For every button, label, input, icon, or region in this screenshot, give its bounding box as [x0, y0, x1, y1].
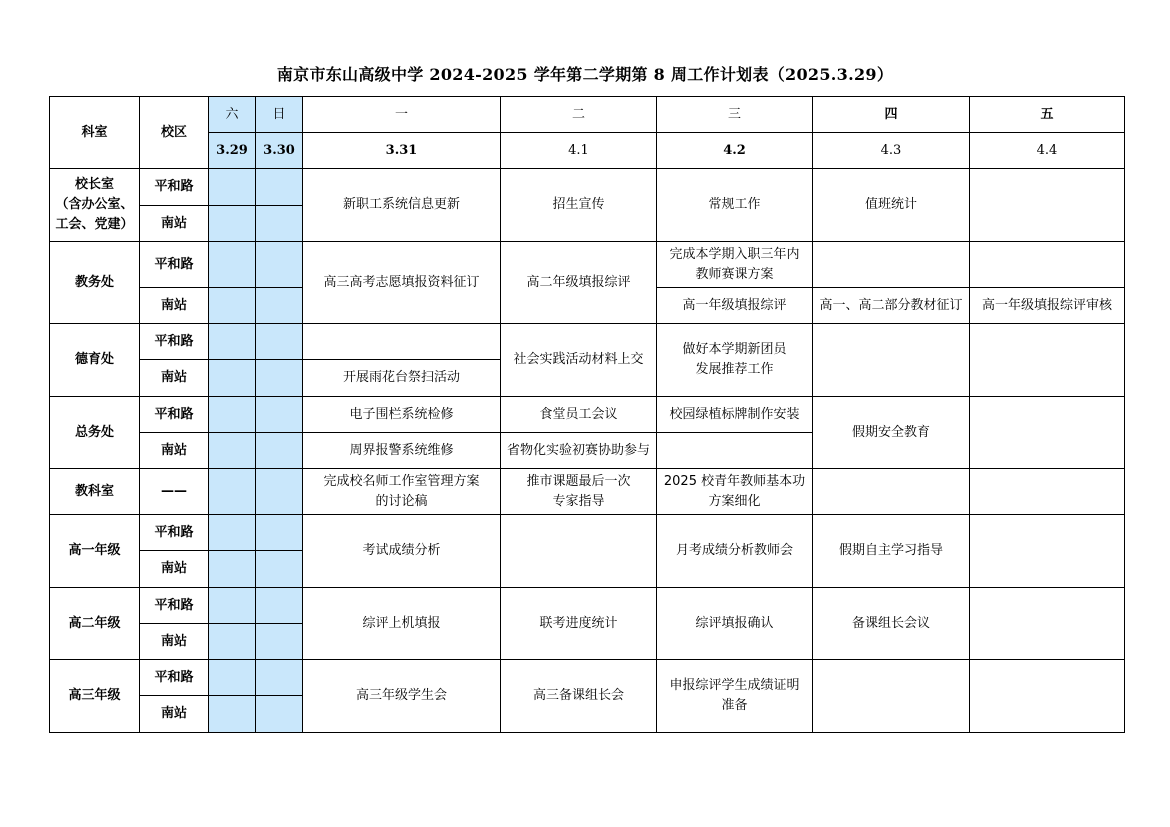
- principal-row-a: 校长室 （含办公室、 工会、党建） 平和路 新职工系统信息更新 招生宣传 常规工…: [50, 169, 1125, 206]
- academic-mon: 高三高考志愿填报资料征订: [303, 242, 501, 324]
- day-header-tue: 二: [501, 97, 657, 133]
- moral-tue: 社会实践活动材料上交: [501, 324, 657, 397]
- weekend-cell: [209, 288, 256, 324]
- moral-wed-line1: 做好本学期新团员: [659, 340, 810, 360]
- research-fri: [970, 469, 1125, 515]
- dept-grade2: 高二年级: [50, 588, 140, 660]
- research-tue-line1: 推市课题最后一次: [503, 472, 654, 492]
- general-tue-b: 省物化实验初赛协助参与: [501, 433, 657, 469]
- campus-pingheli: 平和路: [140, 660, 209, 696]
- weekend-cell: [256, 660, 303, 696]
- moral-thu: [813, 324, 970, 397]
- principal-mon: 新职工系统信息更新: [303, 169, 501, 242]
- dept-principal-line1: 校长室: [52, 175, 137, 195]
- grade1-thu: 假期自主学习指导: [813, 515, 970, 588]
- general-tue-a: 食堂员工会议: [501, 397, 657, 433]
- moral-wed: 做好本学期新团员 发展推荐工作: [657, 324, 813, 397]
- grade2-mon: 综评上机填报: [303, 588, 501, 660]
- moral-mon-b: 开展雨花台祭扫活动: [303, 360, 501, 397]
- weekend-cell: [209, 515, 256, 551]
- weekend-cell: [256, 324, 303, 360]
- weekend-cell: [256, 515, 303, 551]
- weekend-cell: [209, 588, 256, 624]
- dept-grade3: 高三年级: [50, 660, 140, 733]
- date-sat: 3.29: [209, 133, 256, 169]
- weekend-cell: [256, 288, 303, 324]
- weekend-cell: [256, 551, 303, 588]
- dept-principal: 校长室 （含办公室、 工会、党建）: [50, 169, 140, 242]
- academic-wed-a: 完成本学期入职三年内 教师赛课方案: [657, 242, 813, 288]
- research-mon-line1: 完成校名师工作室管理方案: [305, 472, 498, 492]
- weekend-cell: [256, 242, 303, 288]
- campus-nanzhan: 南站: [140, 624, 209, 660]
- dept-grade1: 高一年级: [50, 515, 140, 588]
- weekend-cell: [209, 360, 256, 397]
- date-wed: 4.2: [657, 133, 813, 169]
- date-sun: 3.30: [256, 133, 303, 169]
- grade2-wed: 综评填报确认: [657, 588, 813, 660]
- grade2-thu: 备课组长会议: [813, 588, 970, 660]
- grade2-row-a: 高二年级 平和路 综评上机填报 联考进度统计 综评填报确认 备课组长会议: [50, 588, 1125, 624]
- day-header-sun: 日: [256, 97, 303, 133]
- grade1-fri: [970, 515, 1125, 588]
- weekend-cell: [256, 696, 303, 733]
- moral-row-a: 德育处 平和路 社会实践活动材料上交 做好本学期新团员 发展推荐工作: [50, 324, 1125, 360]
- dept-principal-line2: （含办公室、: [52, 195, 137, 215]
- academic-fri-b: 高一年级填报综评审核: [970, 288, 1125, 324]
- header-row-days: 科室 校区 六 日 一 二 三 四 五: [50, 97, 1125, 133]
- weekend-cell: [209, 624, 256, 660]
- dept-column-header: 科室: [50, 97, 140, 169]
- day-header-wed: 三: [657, 97, 813, 133]
- weekend-cell: [256, 169, 303, 206]
- general-wed-a: 校园绿植标牌制作安装: [657, 397, 813, 433]
- campus-nanzhan: 南站: [140, 551, 209, 588]
- academic-thu-a: [813, 242, 970, 288]
- grade3-wed-line1: 申报综评学生成绩证明: [659, 676, 810, 696]
- grade3-wed: 申报综评学生成绩证明 准备: [657, 660, 813, 733]
- campus-none: ——: [140, 469, 209, 515]
- grade3-fri: [970, 660, 1125, 733]
- research-thu: [813, 469, 970, 515]
- dept-academic: 教务处: [50, 242, 140, 324]
- weekend-cell: [209, 551, 256, 588]
- grade1-wed: 月考成绩分析教师会: [657, 515, 813, 588]
- weekend-cell: [256, 206, 303, 242]
- weekend-cell: [209, 469, 256, 515]
- academic-fri-a: [970, 242, 1125, 288]
- page-title: 南京市东山高级中学 2024-2025 学年第二学期第 8 周工作计划表（202…: [0, 62, 1170, 85]
- research-mon: 完成校名师工作室管理方案 的讨论稿: [303, 469, 501, 515]
- weekend-cell: [256, 469, 303, 515]
- general-fri: [970, 397, 1125, 469]
- research-tue: 推市课题最后一次 专家指导: [501, 469, 657, 515]
- campus-nanzhan: 南站: [140, 360, 209, 397]
- campus-pingheli: 平和路: [140, 169, 209, 206]
- campus-nanzhan: 南站: [140, 433, 209, 469]
- campus-pingheli: 平和路: [140, 515, 209, 551]
- general-mon-b: 周界报警系统维修: [303, 433, 501, 469]
- dept-principal-line3: 工会、党建）: [52, 215, 137, 235]
- research-row: 教科室 —— 完成校名师工作室管理方案 的讨论稿 推市课题最后一次 专家指导 2…: [50, 469, 1125, 515]
- moral-fri: [970, 324, 1125, 397]
- academic-wed-a-line2: 教师赛课方案: [659, 265, 810, 285]
- academic-row-a: 教务处 平和路 高三高考志愿填报资料征订 高二年级填报综评 完成本学期入职三年内…: [50, 242, 1125, 288]
- weekend-cell: [209, 206, 256, 242]
- grade2-fri: [970, 588, 1125, 660]
- weekend-cell: [209, 397, 256, 433]
- campus-nanzhan: 南站: [140, 696, 209, 733]
- research-wed-line1: 2025 校青年教师基本功: [659, 472, 810, 492]
- weekend-cell: [256, 624, 303, 660]
- date-thu: 4.3: [813, 133, 970, 169]
- general-thu: 假期安全教育: [813, 397, 970, 469]
- campus-nanzhan: 南站: [140, 206, 209, 242]
- moral-mon-a: [303, 324, 501, 360]
- weekend-cell: [209, 660, 256, 696]
- academic-thu-b: 高一、高二部分教材征订: [813, 288, 970, 324]
- general-wed-b: [657, 433, 813, 469]
- research-wed-line2: 方案细化: [659, 492, 810, 512]
- principal-fri: [970, 169, 1125, 242]
- grade1-row-a: 高一年级 平和路 考试成绩分析 月考成绩分析教师会 假期自主学习指导: [50, 515, 1125, 551]
- weekend-cell: [209, 169, 256, 206]
- dept-research: 教科室: [50, 469, 140, 515]
- grade2-tue: 联考进度统计: [501, 588, 657, 660]
- principal-thu: 值班统计: [813, 169, 970, 242]
- campus-pingheli: 平和路: [140, 324, 209, 360]
- academic-wed-b: 高一年级填报综评: [657, 288, 813, 324]
- principal-tue: 招生宣传: [501, 169, 657, 242]
- weekend-cell: [209, 433, 256, 469]
- day-header-sat: 六: [209, 97, 256, 133]
- grade3-tue: 高三备课组长会: [501, 660, 657, 733]
- dept-general: 总务处: [50, 397, 140, 469]
- campus-pingheli: 平和路: [140, 588, 209, 624]
- campus-nanzhan: 南站: [140, 288, 209, 324]
- general-mon-a: 电子围栏系统检修: [303, 397, 501, 433]
- weekend-cell: [209, 242, 256, 288]
- date-mon: 3.31: [303, 133, 501, 169]
- weekend-cell: [209, 324, 256, 360]
- grade1-tue: [501, 515, 657, 588]
- weekend-cell: [256, 360, 303, 397]
- day-header-mon: 一: [303, 97, 501, 133]
- date-tue: 4.1: [501, 133, 657, 169]
- work-plan-table: 科室 校区 六 日 一 二 三 四 五 3.29 3.30 3.31 4.1 4…: [49, 96, 1125, 733]
- research-tue-line2: 专家指导: [503, 492, 654, 512]
- research-mon-line2: 的讨论稿: [305, 492, 498, 512]
- research-wed: 2025 校青年教师基本功 方案细化: [657, 469, 813, 515]
- grade1-mon: 考试成绩分析: [303, 515, 501, 588]
- day-header-thu: 四: [813, 97, 970, 133]
- day-header-fri: 五: [970, 97, 1125, 133]
- dept-moral: 德育处: [50, 324, 140, 397]
- weekend-cell: [209, 696, 256, 733]
- weekend-cell: [256, 588, 303, 624]
- campus-pingheli: 平和路: [140, 242, 209, 288]
- academic-wed-a-line1: 完成本学期入职三年内: [659, 245, 810, 265]
- weekend-cell: [256, 397, 303, 433]
- grade3-mon: 高三年级学生会: [303, 660, 501, 733]
- campus-column-header: 校区: [140, 97, 209, 169]
- academic-tue: 高二年级填报综评: [501, 242, 657, 324]
- general-row-a: 总务处 平和路 电子围栏系统检修 食堂员工会议 校园绿植标牌制作安装 假期安全教…: [50, 397, 1125, 433]
- campus-pingheli: 平和路: [140, 397, 209, 433]
- principal-wed: 常规工作: [657, 169, 813, 242]
- header-row-dates: 3.29 3.30 3.31 4.1 4.2 4.3 4.4: [50, 133, 1125, 169]
- grade3-thu: [813, 660, 970, 733]
- grade3-wed-line2: 准备: [659, 696, 810, 716]
- moral-wed-line2: 发展推荐工作: [659, 360, 810, 380]
- grade3-row-a: 高三年级 平和路 高三年级学生会 高三备课组长会 申报综评学生成绩证明 准备: [50, 660, 1125, 696]
- weekend-cell: [256, 433, 303, 469]
- date-fri: 4.4: [970, 133, 1125, 169]
